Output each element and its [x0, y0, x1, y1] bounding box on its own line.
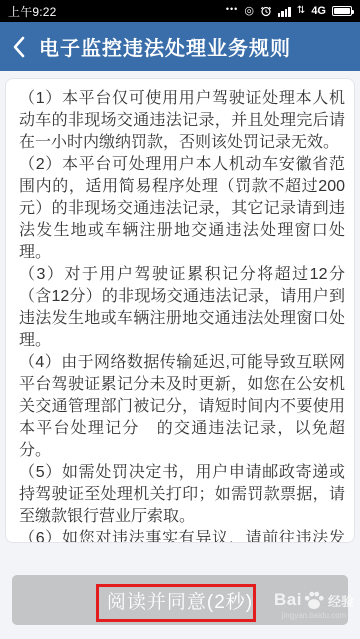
network-type-label: 4G [311, 5, 326, 17]
rule-paragraph-4: （4）由于网络数据传输延迟,可能导致互联网平台驾驶证累记分未及时更新，如您在公安… [19, 352, 345, 462]
page-title: 电子监控违法处理业务规则 [39, 32, 291, 61]
rule-paragraph-5: （5）如需处罚决定书，用户申请邮政寄递或持驾驶证至处理机关打印；如需罚款票据，请… [19, 462, 345, 528]
rule-paragraph-2: （2）本平台可处理用户本人机动车安徽省范围内的，适用简易程序处理（罚款不超过20… [19, 154, 345, 264]
status-bar: 上午9:22 ••• ◎ ⇅ 4G [0, 0, 360, 22]
signal-bars-icon [278, 6, 291, 17]
status-time: 上午9:22 [8, 3, 57, 20]
rule-paragraph-6: （6）如您对违法事实有异议，请前往违法发生地公安机关交通管理部门办理 [19, 528, 345, 543]
circle-mode-icon: ◎ [244, 6, 254, 17]
rule-paragraph-3: （3）对于用户驾驶证累积记分将超过12分（含12分）的非现场交通违法记录，请用户… [19, 264, 345, 352]
agree-button[interactable]: 阅读并同意(2秒) [12, 575, 348, 625]
chevron-left-icon [12, 36, 25, 58]
battery-icon [332, 6, 352, 16]
back-button[interactable] [12, 36, 25, 58]
rules-text-panel[interactable]: （1）本平台仅可使用用户驾驶证处理本人机动车的非现场交通违法记录，并且处理完后请… [5, 78, 355, 543]
status-icons: ••• ◎ ⇅ 4G [226, 5, 352, 17]
rule-paragraph-1: （1）本平台仅可使用用户驾驶证处理本人机动车的非现场交通违法记录，并且处理完后请… [19, 88, 345, 154]
app-screen: 上午9:22 ••• ◎ ⇅ 4G [0, 0, 360, 639]
data-arrows-icon: ⇅ [297, 6, 305, 16]
alarm-clock-icon [260, 5, 272, 17]
nav-bar: 电子监控违法处理业务规则 [0, 22, 360, 71]
notification-overflow-icon: ••• [226, 5, 238, 14]
